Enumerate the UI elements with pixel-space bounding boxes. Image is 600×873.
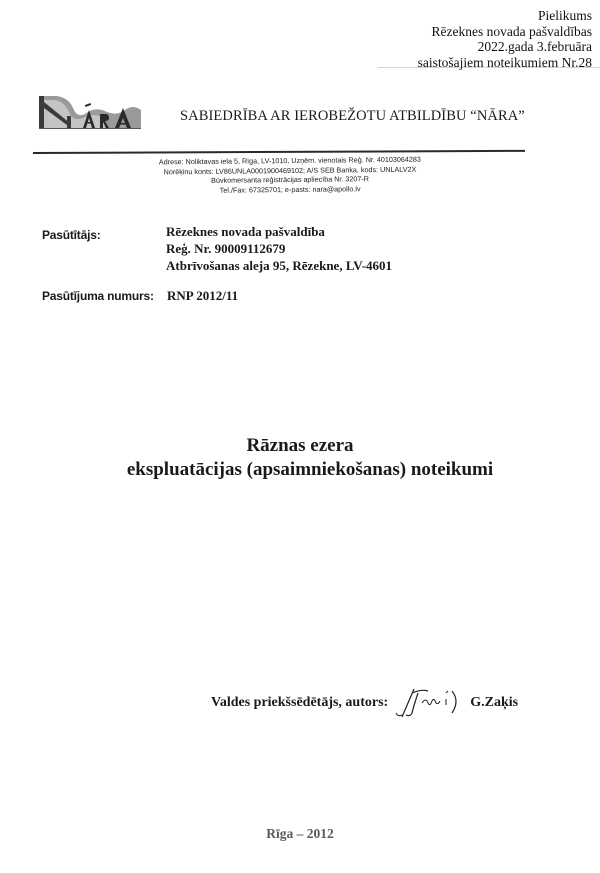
nara-logo-icon (37, 92, 142, 130)
appendix-line-2: Rēzeknes novada pašvaldības (378, 24, 592, 40)
client-name: Rēzeknes novada pašvaldība (166, 223, 392, 240)
signature-block: Valdes priekšsēdētājs, autors: G.Zaķis (211, 683, 518, 723)
appendix-line-3: 2022.gada 3.februāra (378, 39, 592, 55)
signatory-role: Valdes priekšsēdētājs, autors: (211, 695, 388, 711)
company-contacts: Adrese: Noliktavas iela 5, Rīga, LV-1010… (120, 154, 460, 196)
title-line-1: Rāznas ezera (0, 434, 600, 458)
client-address: Atbrīvošanas aleja 95, Rēzekne, LV-4601 (166, 257, 392, 274)
client-reg-number: Reģ. Nr. 90009112679 (166, 240, 392, 257)
order-number-label: Pasūtījuma numurs: (42, 289, 154, 303)
appendix-line-4: saistošajiem noteikumiem Nr.28 (378, 55, 592, 71)
signatory-name: G.Zaķis (470, 695, 518, 711)
appendix-note: Pielikums Rēzeknes novada pašvaldības 20… (378, 0, 600, 68)
order-number-value: RNP 2012/11 (167, 288, 238, 304)
company-name: SABIEDRĪBA AR IEROBEŽOTU ATBILDĪBU “NĀRA… (180, 108, 525, 125)
client-label: Pasūtītājs: (42, 228, 101, 242)
appendix-line-1: Pielikums (378, 8, 592, 24)
handwritten-signature-icon (392, 683, 464, 723)
title-line-2: ekspluatācijas (apsaimniekošanas) noteik… (0, 458, 600, 482)
client-details: Rēzeknes novada pašvaldība Reģ. Nr. 9000… (166, 223, 392, 274)
place-and-year: Rīga – 2012 (0, 826, 600, 842)
document-title: Rāznas ezera ekspluatācijas (apsaimnieko… (0, 434, 600, 482)
